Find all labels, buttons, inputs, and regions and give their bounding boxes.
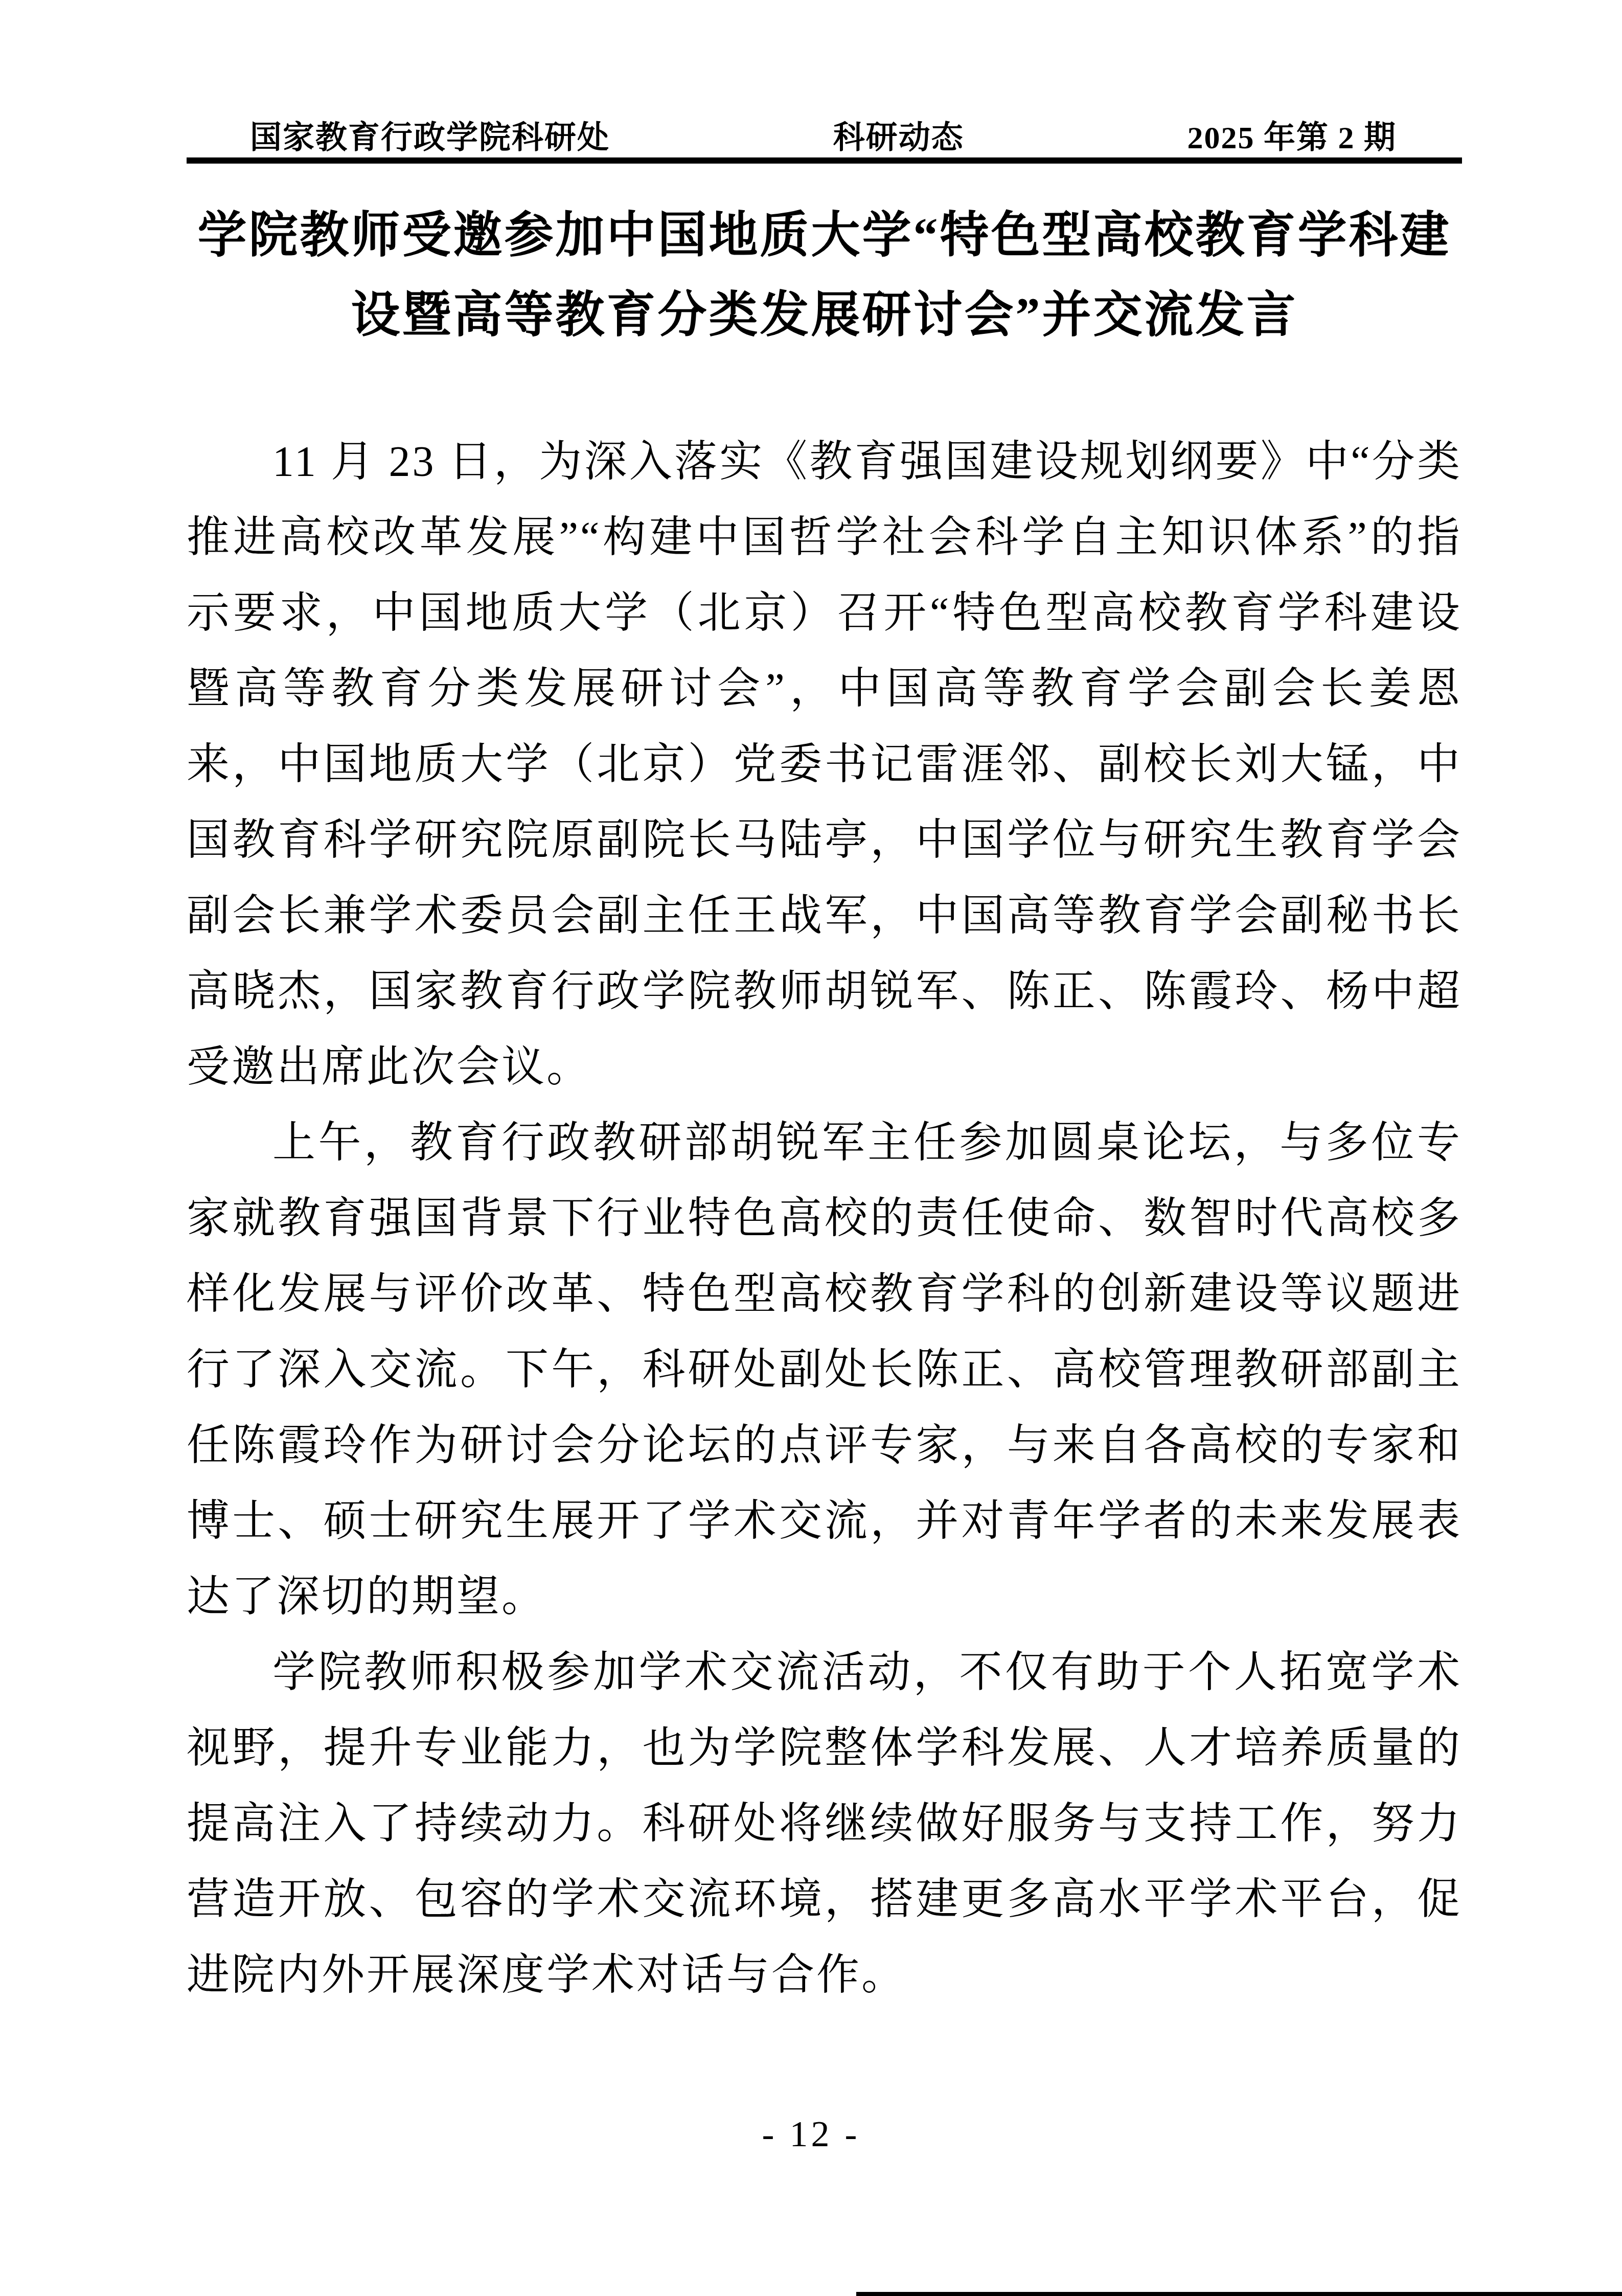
header-publication-name: 科研动态: [833, 118, 964, 158]
article-paragraph-1: 11 月 23 日，为深入落实《教育强国建设规划纲要》中“分类推进高校改革发展”…: [187, 424, 1462, 1105]
header-issue-number: 2025 年第 2 期: [1187, 118, 1397, 158]
header-org-name: 国家教育行政学院科研处: [250, 118, 610, 158]
page-header: 国家教育行政学院科研处 科研动态 2025 年第 2 期: [187, 118, 1462, 158]
article-paragraph-2: 上午，教育行政教研部胡锐军主任参加圆桌论坛，与多位专家就教育强国背景下行业特色高…: [187, 1105, 1462, 1635]
bottom-edge-bar: [856, 2292, 1622, 2296]
article-title: 学院教师受邀参加中国地质大学“特色型高校教育学科建 设暨高等教育分类发展研讨会”…: [187, 195, 1462, 355]
article-body: 11 月 23 日，为深入落实《教育强国建设规划纲要》中“分类推进高校改革发展”…: [187, 424, 1462, 2013]
page-number: - 12 -: [0, 2116, 1622, 2152]
document-page: 国家教育行政学院科研处 科研动态 2025 年第 2 期 学院教师受邀参加中国地…: [0, 0, 1622, 2296]
header-divider-rule: [187, 157, 1462, 164]
article-title-line-2: 设暨高等教育分类发展研讨会”并交流发言: [187, 275, 1462, 355]
article-title-line-1: 学院教师受邀参加中国地质大学“特色型高校教育学科建: [187, 195, 1462, 275]
article-paragraph-3: 学院教师积极参加学术交流活动，不仅有助于个人拓宽学术视野，提升专业能力，也为学院…: [187, 1635, 1462, 2013]
